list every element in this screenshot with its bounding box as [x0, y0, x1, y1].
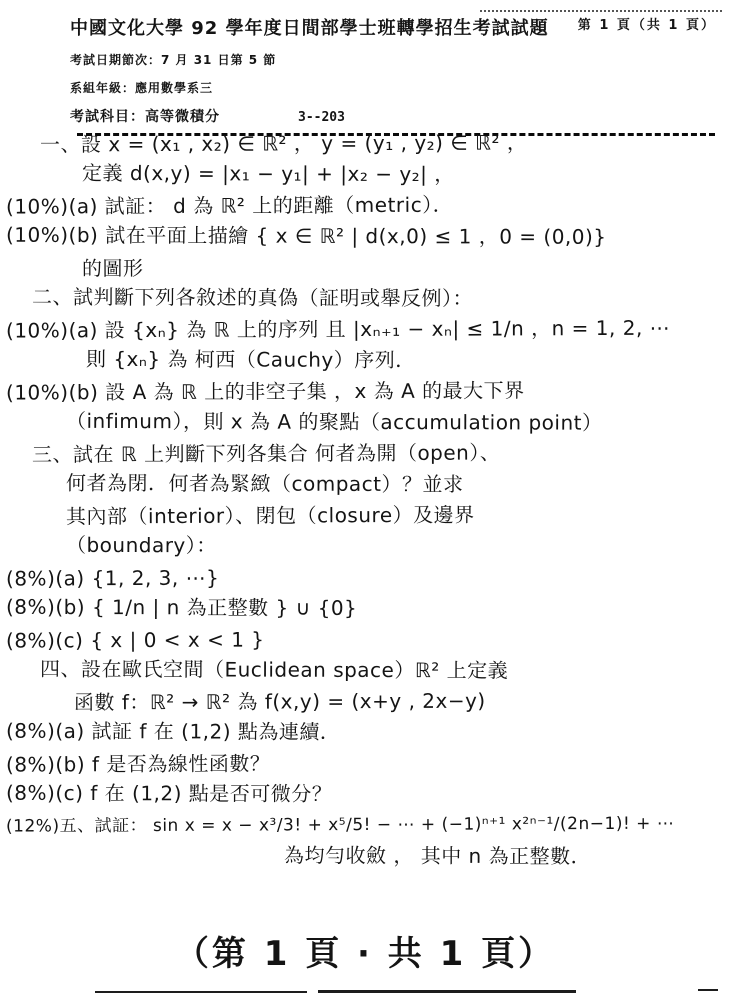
exam-line: (10%)(a) 設 {xₙ} 為 ℝ 上的序列 且 |xₙ₊₁ − xₙ| ≤… [6, 312, 730, 346]
exam-line: (8%)(a) {1, 2, 3, ⋯} [6, 560, 730, 594]
exam-date: 考試日期節次：7 月 31 日第 5 節 [70, 51, 722, 68]
exam-line: 其內部（interior）、閉包（closure）及邊界 [66, 499, 730, 533]
exam-line: 為均勻收斂 ， 其中 n 為正整數． [284, 840, 730, 873]
exam-line: 一、設 x = (x₁ , x₂) ∈ ℝ² ， y = (y₁ , y₂) ∈… [40, 126, 730, 160]
exam-questions: 一、設 x = (x₁ , x₂) ∈ ℝ² ， y = (y₁ , y₂) ∈… [4, 128, 730, 872]
exam-line: （boundary）： [66, 530, 730, 563]
scan-artifact-line [95, 991, 307, 993]
exam-line: 定義 d(x,y) = |x₁ − y₁| + |x₂ − y₂| ， [82, 158, 730, 191]
exam-line: （infimum），則 x 為 A 的聚點（accumulation point… [66, 406, 730, 439]
exam-line: (10%)(b) 設 A 為 ℝ 上的非空子集 ，x 為 A 的最大下界 [6, 374, 730, 408]
exam-title: 中國文化大學 92 學年度日間部學士班轉學招生考試試題 [70, 14, 549, 40]
exam-line: 四、設在歐氏空間（Euclidean space）ℝ² 上定義 [40, 654, 730, 687]
scan-artifact-dotted-line [480, 10, 722, 12]
exam-line: (8%)(c) { x | 0 < x < 1 } [6, 622, 730, 656]
department-grade: 系組年級：應用數學系三 [70, 79, 722, 96]
exam-line: 則 {xₙ} 為 柯西（Cauchy）序列． [86, 344, 730, 377]
exam-line: 函數 f：ℝ² → ℝ² 為 f(x,y) = (x+y , 2x−y) [74, 685, 730, 719]
scan-artifact-line [318, 990, 576, 993]
subject-code: 3--203 [298, 110, 345, 125]
exam-line: (8%)(b) { 1/n | n 為正整數 } ∪ {0} [6, 592, 730, 626]
exam-line: 二、試判斷下列各敘述的真偽（証明或舉反例）： [32, 282, 730, 315]
exam-paper: 中國文化大學 92 學年度日間部學士班轉學招生考試試題 第 1 頁（共 1 頁）… [0, 0, 730, 1000]
exam-line: (10%)(b) 試在平面上描繪 { x ∈ ℝ² | d(x,0) ≤ 1 ，… [6, 220, 730, 254]
exam-line: (8%)(b) f 是否為線性函數？ [6, 746, 730, 780]
exam-line: (8%)(a) 試証 f 在 (1,2) 點為連續． [6, 716, 730, 750]
page-footer: （第 1 頁 · 共 1 頁） [0, 926, 730, 975]
exam-header: 中國文化大學 92 學年度日間部學士班轉學招生考試試題 第 1 頁（共 1 頁）… [70, 14, 722, 144]
exam-line: (12%)五、試証： sin x = x − x³/3! + x⁵/5! − ⋯… [6, 808, 730, 842]
exam-line: (10%)(a) 試証： d 為 ℝ² 上的距離（metric）． [6, 188, 730, 222]
exam-line: 三、試在 ℝ 上判斷下列各集合 何者為開（open）、 [32, 436, 730, 470]
exam-subject: 考試科目：高等微積分 [70, 106, 220, 126]
exam-line: (8%)(c) f 在 (1,2) 點是否可微分？ [6, 778, 730, 812]
page-indicator: 第 1 頁（共 1 頁） [578, 14, 722, 33]
exam-line: 何者為閉．何者為緊緻（compact）？並求 [66, 468, 730, 501]
scan-artifact-line [698, 989, 718, 991]
exam-line: 的圖形 [82, 251, 730, 285]
